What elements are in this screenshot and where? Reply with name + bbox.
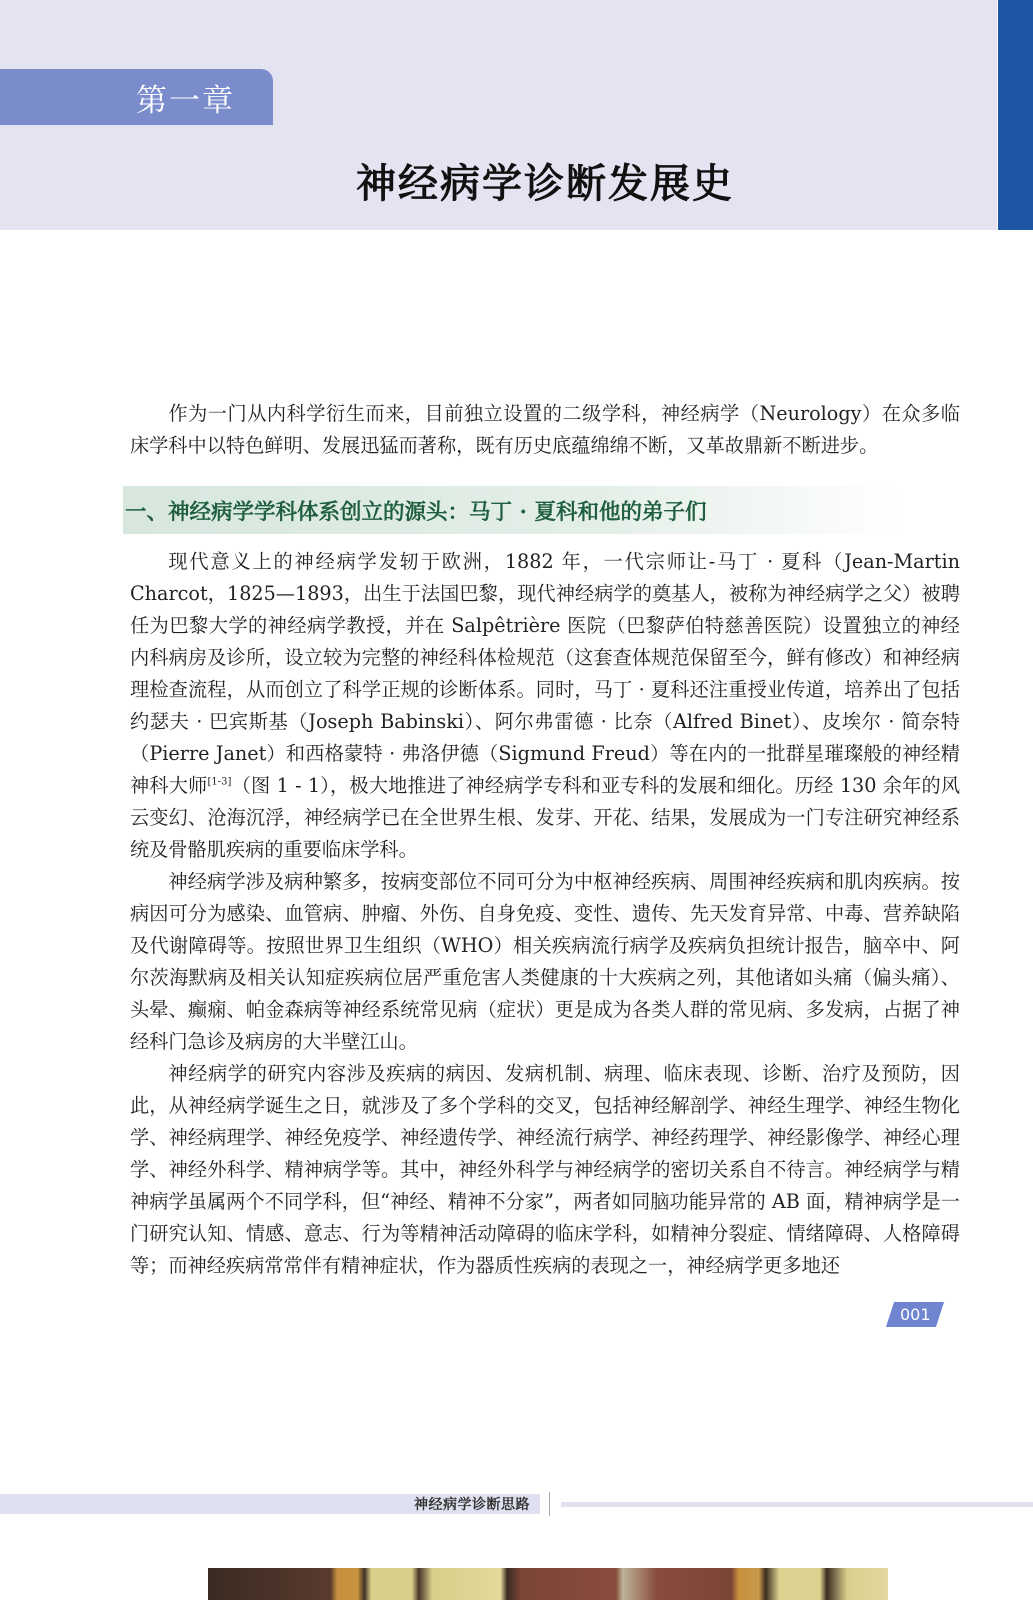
citation-reference[interactable]: [1-3] bbox=[207, 777, 231, 788]
body-paragraph: 神经病学涉及病种繁多，按病变部位不同可分为中枢神经疾病、周围神经疾病和肌肉疾病。… bbox=[130, 866, 960, 1058]
paragraph-text: 现代意义上的神经病学发轫于欧洲，1882 年，一代宗师让-马丁 · 夏科（Jea… bbox=[130, 550, 960, 797]
section-body: 现代意义上的神经病学发轫于欧洲，1882 年，一代宗师让-马丁 · 夏科（Jea… bbox=[130, 546, 960, 1282]
footer-rule bbox=[561, 1502, 1033, 1507]
intro-paragraph: 作为一门从内科学衍生而来，目前独立设置的二级学科，神经病学（Neurology）… bbox=[130, 398, 960, 462]
section-heading: 一、神经病学学科体系创立的源头：马丁 · 夏科和他的弟子们 bbox=[125, 495, 706, 526]
running-footer-band: 神经病学诊断思路 bbox=[0, 1494, 540, 1514]
footer-divider bbox=[549, 1492, 550, 1516]
chapter-title: 神经病学诊断发展史 bbox=[0, 152, 1033, 209]
page-number-badge: 001 bbox=[886, 1302, 944, 1327]
figure-image-top-edge bbox=[208, 1568, 888, 1600]
intro-section: 作为一门从内科学衍生而来，目前独立设置的二级学科，神经病学（Neurology）… bbox=[130, 398, 960, 462]
chapter-label-tab: 第一章 bbox=[0, 69, 273, 125]
running-title: 神经病学诊断思路 bbox=[414, 1494, 530, 1514]
paragraph-text: （图 1 - 1），极大地推进了神经病学专科和亚专科的发展和细化。历经 130 … bbox=[130, 774, 960, 861]
section-heading-bar: 一、神经病学学科体系创立的源头：马丁 · 夏科和他的弟子们 bbox=[123, 486, 903, 534]
body-paragraph: 神经病学的研究内容涉及疾病的病因、发病机制、病理、临床表现、诊断、治疗及预防，因… bbox=[130, 1058, 960, 1282]
body-paragraph: 现代意义上的神经病学发轫于欧洲，1882 年，一代宗师让-马丁 · 夏科（Jea… bbox=[130, 546, 960, 866]
page-number: 001 bbox=[900, 1305, 931, 1324]
chapter-label: 第一章 bbox=[136, 75, 235, 120]
